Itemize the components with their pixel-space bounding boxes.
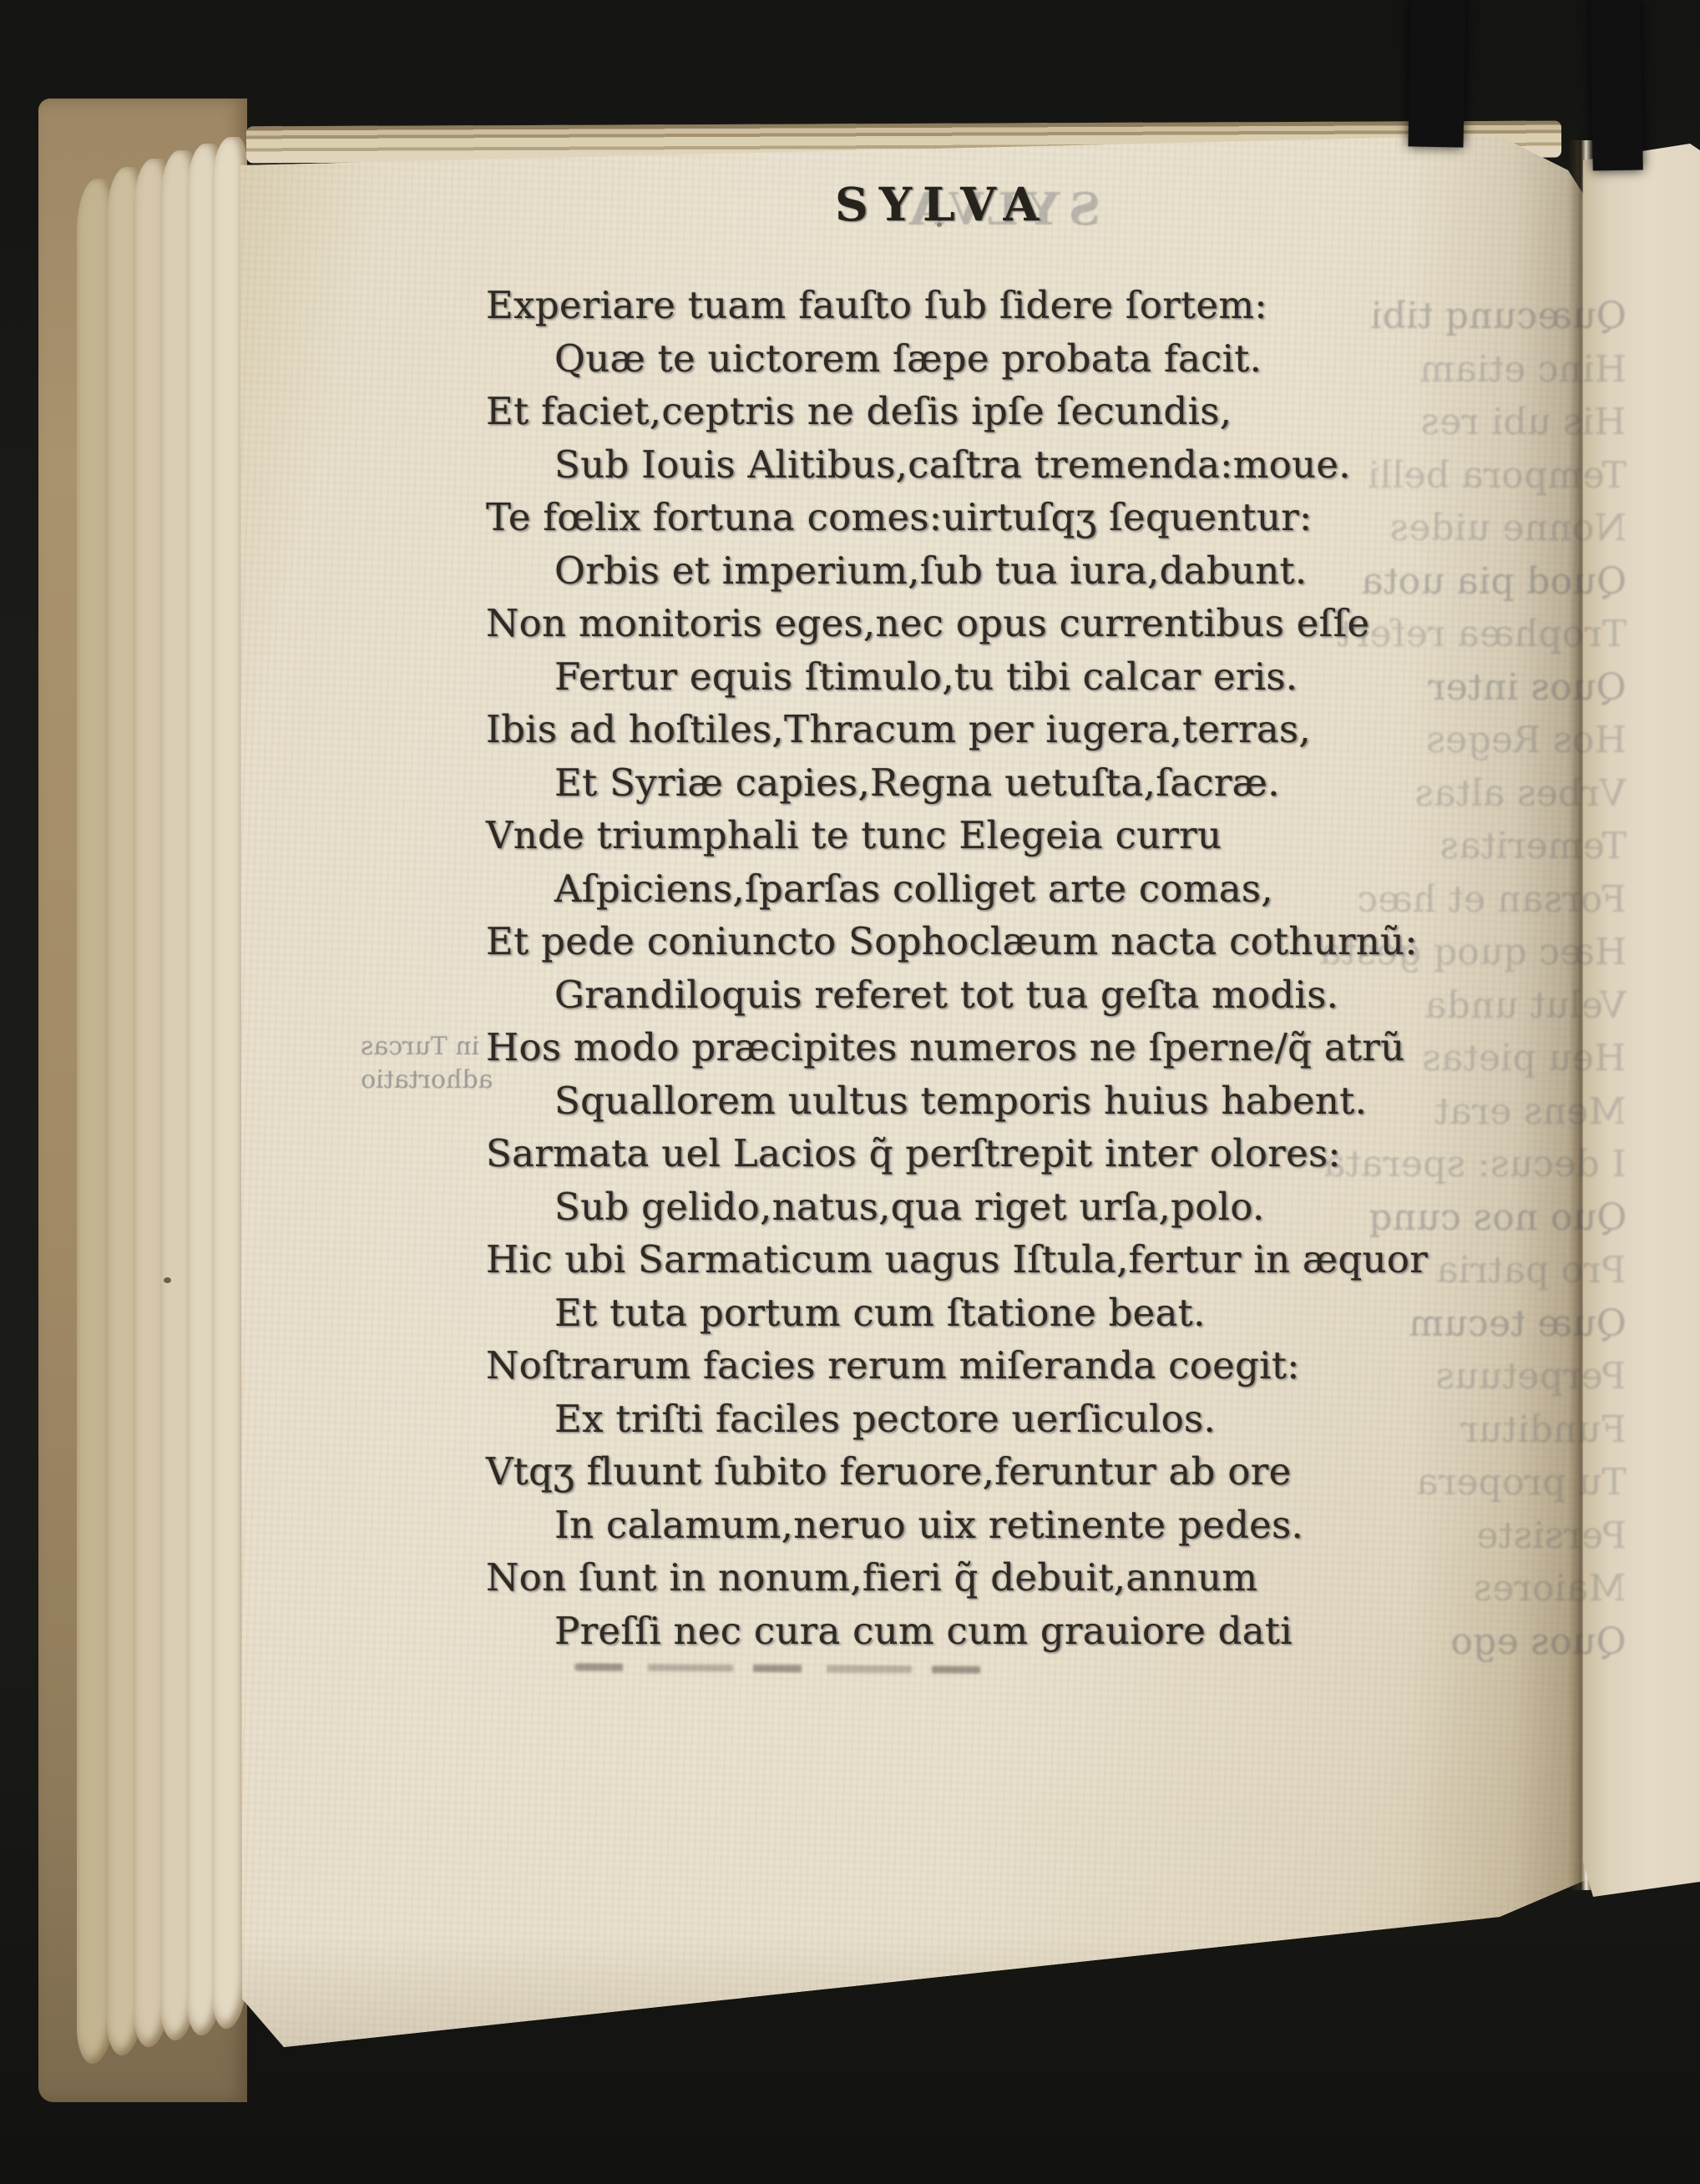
poem-line: Sub Iouis Alitibus,caſtra tremenda:moue. [554,442,1351,487]
poem-line: Non monitoris eges,nec opus currentibus … [486,601,1369,645]
bleedthrough-line: Quæ tecum [1409,1302,1627,1345]
bleedthrough-line: Funditur [1460,1408,1627,1451]
bleedthrough-line: Pro patria [1436,1249,1627,1292]
poem-line: Et pede coniuncto Sophoclæum nacta cothu… [486,919,1418,963]
bleedthrough-line: His ubi res [1420,401,1627,443]
margin-note-line: in Turcas [361,1032,479,1061]
poem-line: Ex triſti faciles pectore uerſiculos. [554,1397,1216,1441]
poem-line: Quæ te uictorem ſæpe probata facit. [554,336,1262,381]
binding-tab [1590,0,1643,171]
poem-line: Te fœlix fortuna comes:uirtuſqʒ ſequentu… [486,495,1313,539]
paper-speck [164,1277,171,1283]
poem-line: Aſpiciens,ſparſas colliget arte comas, [554,867,1273,911]
bleedthrough-line: Persiste [1476,1514,1627,1557]
poem-line: Ibis ad hoſtiles,Thracum per iugera,terr… [486,707,1311,751]
bleedthrough-line: Hinc etiam [1419,348,1627,391]
poem-line: In calamum,neruo uix retinente pedes. [554,1503,1303,1547]
bleedthrough-line: Hos Reges [1426,719,1627,761]
bleedthrough-line: Maiores [1473,1567,1627,1610]
poem-line: Squallorem uultus temporis huius habent. [554,1079,1367,1123]
book-scan-photo: Quæcunq tibiHinc etiamHis ubi resTempora… [0,0,1700,2184]
page-bottom-shadow [232,1935,1595,2052]
bleedthrough-line: Quod pia uota [1361,560,1627,603]
poem-line: Fertur equis ſtimulo,tu tibi calcar eris… [554,655,1298,699]
bleedthrough-line: Velut unda [1424,984,1627,1027]
bleedthrough-line: Quos inter [1428,666,1627,709]
poem-line: Sarmata uel Lacios q̃ perſtrepit inter o… [486,1131,1341,1175]
bleedthrough-line: Tempora belli [1368,454,1627,497]
bleedthrough-line: Trophæa refert [1337,613,1627,655]
page-header: SYLVA [835,177,1050,231]
poem-line: Et Syriæ capies,Regna uetuſta,ſacræ. [554,761,1280,805]
bleedthrough-line: Forsan et hæc [1357,878,1627,921]
poem-line: Vtqʒ fluunt ſubito feruore,feruntur ab o… [486,1449,1292,1494]
paper-speck [1395,1047,1399,1051]
bleedthrough-line: Heu pietas [1422,1037,1627,1079]
poem-line: Et tuta portum cum ſtatione beat. [554,1291,1206,1335]
bleedthrough-line: Tu propera [1416,1461,1627,1504]
bleedthrough-line: Quos ego [1450,1620,1627,1663]
poem-line: Noſtrarum facies rerum miſeranda coegit: [486,1343,1300,1388]
margin-note-line: adhortatio [361,1065,493,1095]
poem-line: Sub gelido,natus,qua riget urſa,polo. [554,1185,1265,1229]
bleedthrough-line: Mens erat [1434,1090,1627,1133]
bleedthrough-line: Temeritas [1439,825,1627,867]
bleedthrough-line: Quæcunq tibi [1370,295,1627,337]
poem-line: Grandiloquis referet tot tua geſta modis… [554,973,1338,1017]
poem-line: Hic ubi Sarmaticum uagus Iſtula,fertur i… [486,1237,1428,1282]
poem-line: Vnde triumphali te tunc Elegeia curru [486,813,1222,857]
poem-line: Orbis et imperium,ſub tua iura,dabunt. [554,549,1308,593]
bleedthrough-line: I decus: sperata [1323,1143,1627,1186]
poem-line: Hos modo præcipites numeros ne ſperne/q̃… [486,1025,1405,1069]
poem-line: Non ſunt in nonum,fieri q̃ debuit,annum [486,1555,1257,1600]
poem-line: Preſſi nec cura cum cum grauiore dati [554,1609,1293,1653]
bleedthrough-line: Perpetuus [1435,1355,1627,1398]
binding-tab [1408,0,1465,148]
bleedthrough-line: Quo nos cunq [1369,1196,1627,1239]
poem-line: Experiare tuam fauſto ſub ſidere ſortem: [486,283,1267,327]
poem-line: Et faciet,ceptris ne deſis ipſe ſecundis… [486,389,1232,433]
bleedthrough-line: Vrbes altas [1414,772,1627,815]
bleedthrough-line: Nonne uides [1389,507,1627,549]
paper-speck [937,223,942,227]
